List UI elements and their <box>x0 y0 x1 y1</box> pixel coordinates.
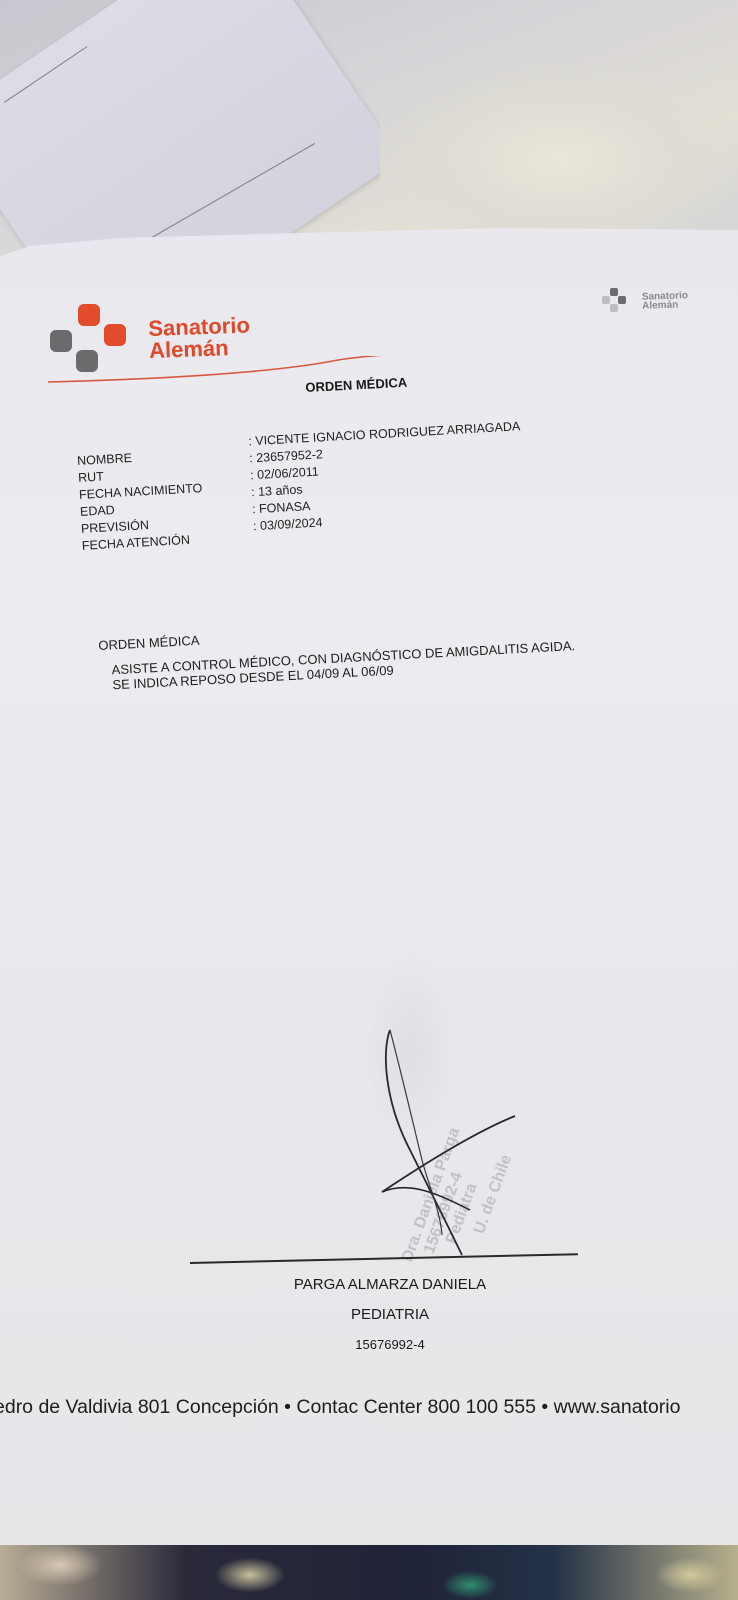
label-prevision: PREVISIÓN <box>81 518 150 536</box>
signatory-specialty: PEDIATRIA <box>190 1300 590 1330</box>
label-rut: RUT <box>78 470 104 485</box>
footer-contact: edro de Valdivia 801 Concepción • Contac… <box>0 1396 680 1419</box>
value-fecha-nacimiento: : 02/06/2011 <box>250 465 319 483</box>
order-section: ORDEN MÉDICA ASISTE A CONTROL MÉDICO, CO… <box>98 613 576 693</box>
label-nombre: NOMBRE <box>77 451 133 468</box>
signatory-id: 15676992-4 <box>190 1330 590 1360</box>
signatory-name: PARGA ALMARZA DANIELA <box>190 1270 590 1300</box>
value-fecha-atencion: : 03/09/2024 <box>253 515 323 533</box>
document: Sanatorio Alemán Sanatorio Alemán ORDEN … <box>0 0 738 1600</box>
value-prevision: : FONASA <box>252 499 311 516</box>
small-brand-name: Sanatorio Alemán <box>642 291 689 311</box>
small-logo-icon <box>598 288 638 316</box>
signature <box>370 1020 550 1260</box>
value-edad: : 13 años <box>251 482 303 499</box>
label-fecha-nacimiento: FECHA NACIMIENTO <box>79 481 203 502</box>
small-brand-line2: Alemán <box>642 300 688 311</box>
value-nombre: : VICENTE IGNACIO RODRIGUEZ ARRIAGADA <box>248 419 521 448</box>
brand-name: Sanatorio Alemán <box>148 314 251 362</box>
label-edad: EDAD <box>80 503 115 519</box>
value-rut: : 23657952-2 <box>249 447 323 465</box>
signatory-block: PARGA ALMARZA DANIELA PEDIATRIA 15676992… <box>190 1270 590 1360</box>
label-fecha-atencion: FECHA ATENCIÓN <box>82 533 191 553</box>
